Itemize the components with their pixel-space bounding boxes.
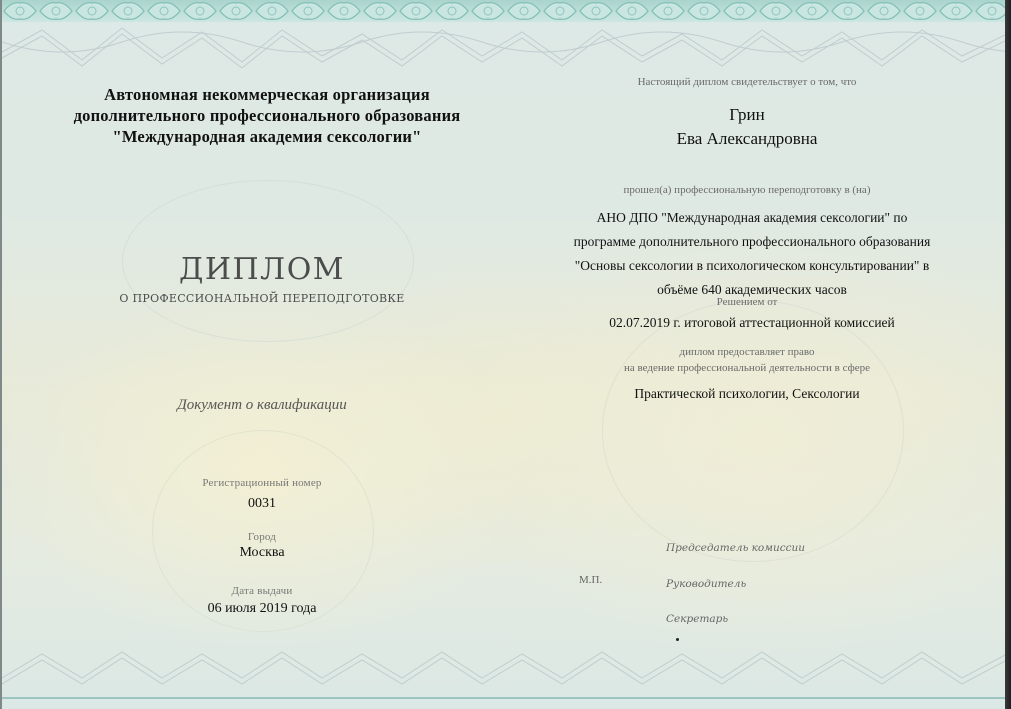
registration-number-value: 0031	[162, 496, 362, 512]
rights-label-line-2: на ведение профессиональной деятельности…	[582, 362, 912, 374]
city-value: Москва	[162, 545, 362, 561]
document-kind: Документ о квалификации	[112, 397, 412, 414]
document-title: ДИПЛОМ	[102, 252, 422, 287]
holder-given-names: Ева Александровна	[582, 129, 912, 149]
registration-number-label: Регистрационный номер	[162, 477, 362, 489]
decision-value: 02.07.2019 г. итоговой аттестационной ко…	[567, 315, 937, 331]
bottom-guilloche-pattern	[2, 648, 1005, 693]
issue-date-value: 06 июля 2019 года	[152, 601, 372, 617]
organization-line-2: дополнительного профессионального образо…	[32, 105, 502, 126]
organization-name: Автономная некоммерческая организация до…	[32, 84, 502, 147]
signature-head-label: Руководитель	[666, 578, 746, 590]
certificate-intro: Настоящий диплом свидетельствует о том, …	[582, 76, 912, 88]
ink-dot	[676, 638, 679, 641]
diploma-spread: Автономная некоммерческая организация до…	[0, 0, 1005, 709]
completed-training-label: прошел(а) профессиональную переподготовк…	[592, 184, 902, 196]
top-guilloche-pattern	[2, 22, 1005, 72]
top-ornament-band	[2, 0, 1005, 22]
stamp-place-label: М.П.	[579, 574, 602, 586]
decision-label: Решением от	[582, 296, 912, 308]
scan-edge-shadow	[1005, 0, 1011, 709]
ornament-pattern-icon	[2, 0, 1005, 22]
signature-chairman-label: Председатель комиссии	[666, 542, 805, 554]
program-description: АНО ДПО "Международная академия сексолог…	[567, 206, 937, 302]
rights-label-line-1: диплом предоставляет право	[582, 346, 912, 358]
city-label: Город	[162, 531, 362, 543]
bottom-border-line	[2, 697, 1005, 699]
signature-secretary-label: Секретарь	[666, 613, 728, 625]
rosette-watermark-right	[602, 300, 904, 562]
document-subtitle: О ПРОФЕССИОНАЛЬНОЙ ПЕРЕПОДГОТОВКЕ	[102, 292, 422, 305]
holder-surname: Грин	[582, 105, 912, 125]
organization-line-3: "Международная академия сексологии"	[32, 126, 502, 147]
professional-sphere: Практической психологии, Сексологии	[582, 386, 912, 402]
organization-line-1: Автономная некоммерческая организация	[32, 84, 502, 105]
issue-date-label: Дата выдачи	[162, 585, 362, 597]
